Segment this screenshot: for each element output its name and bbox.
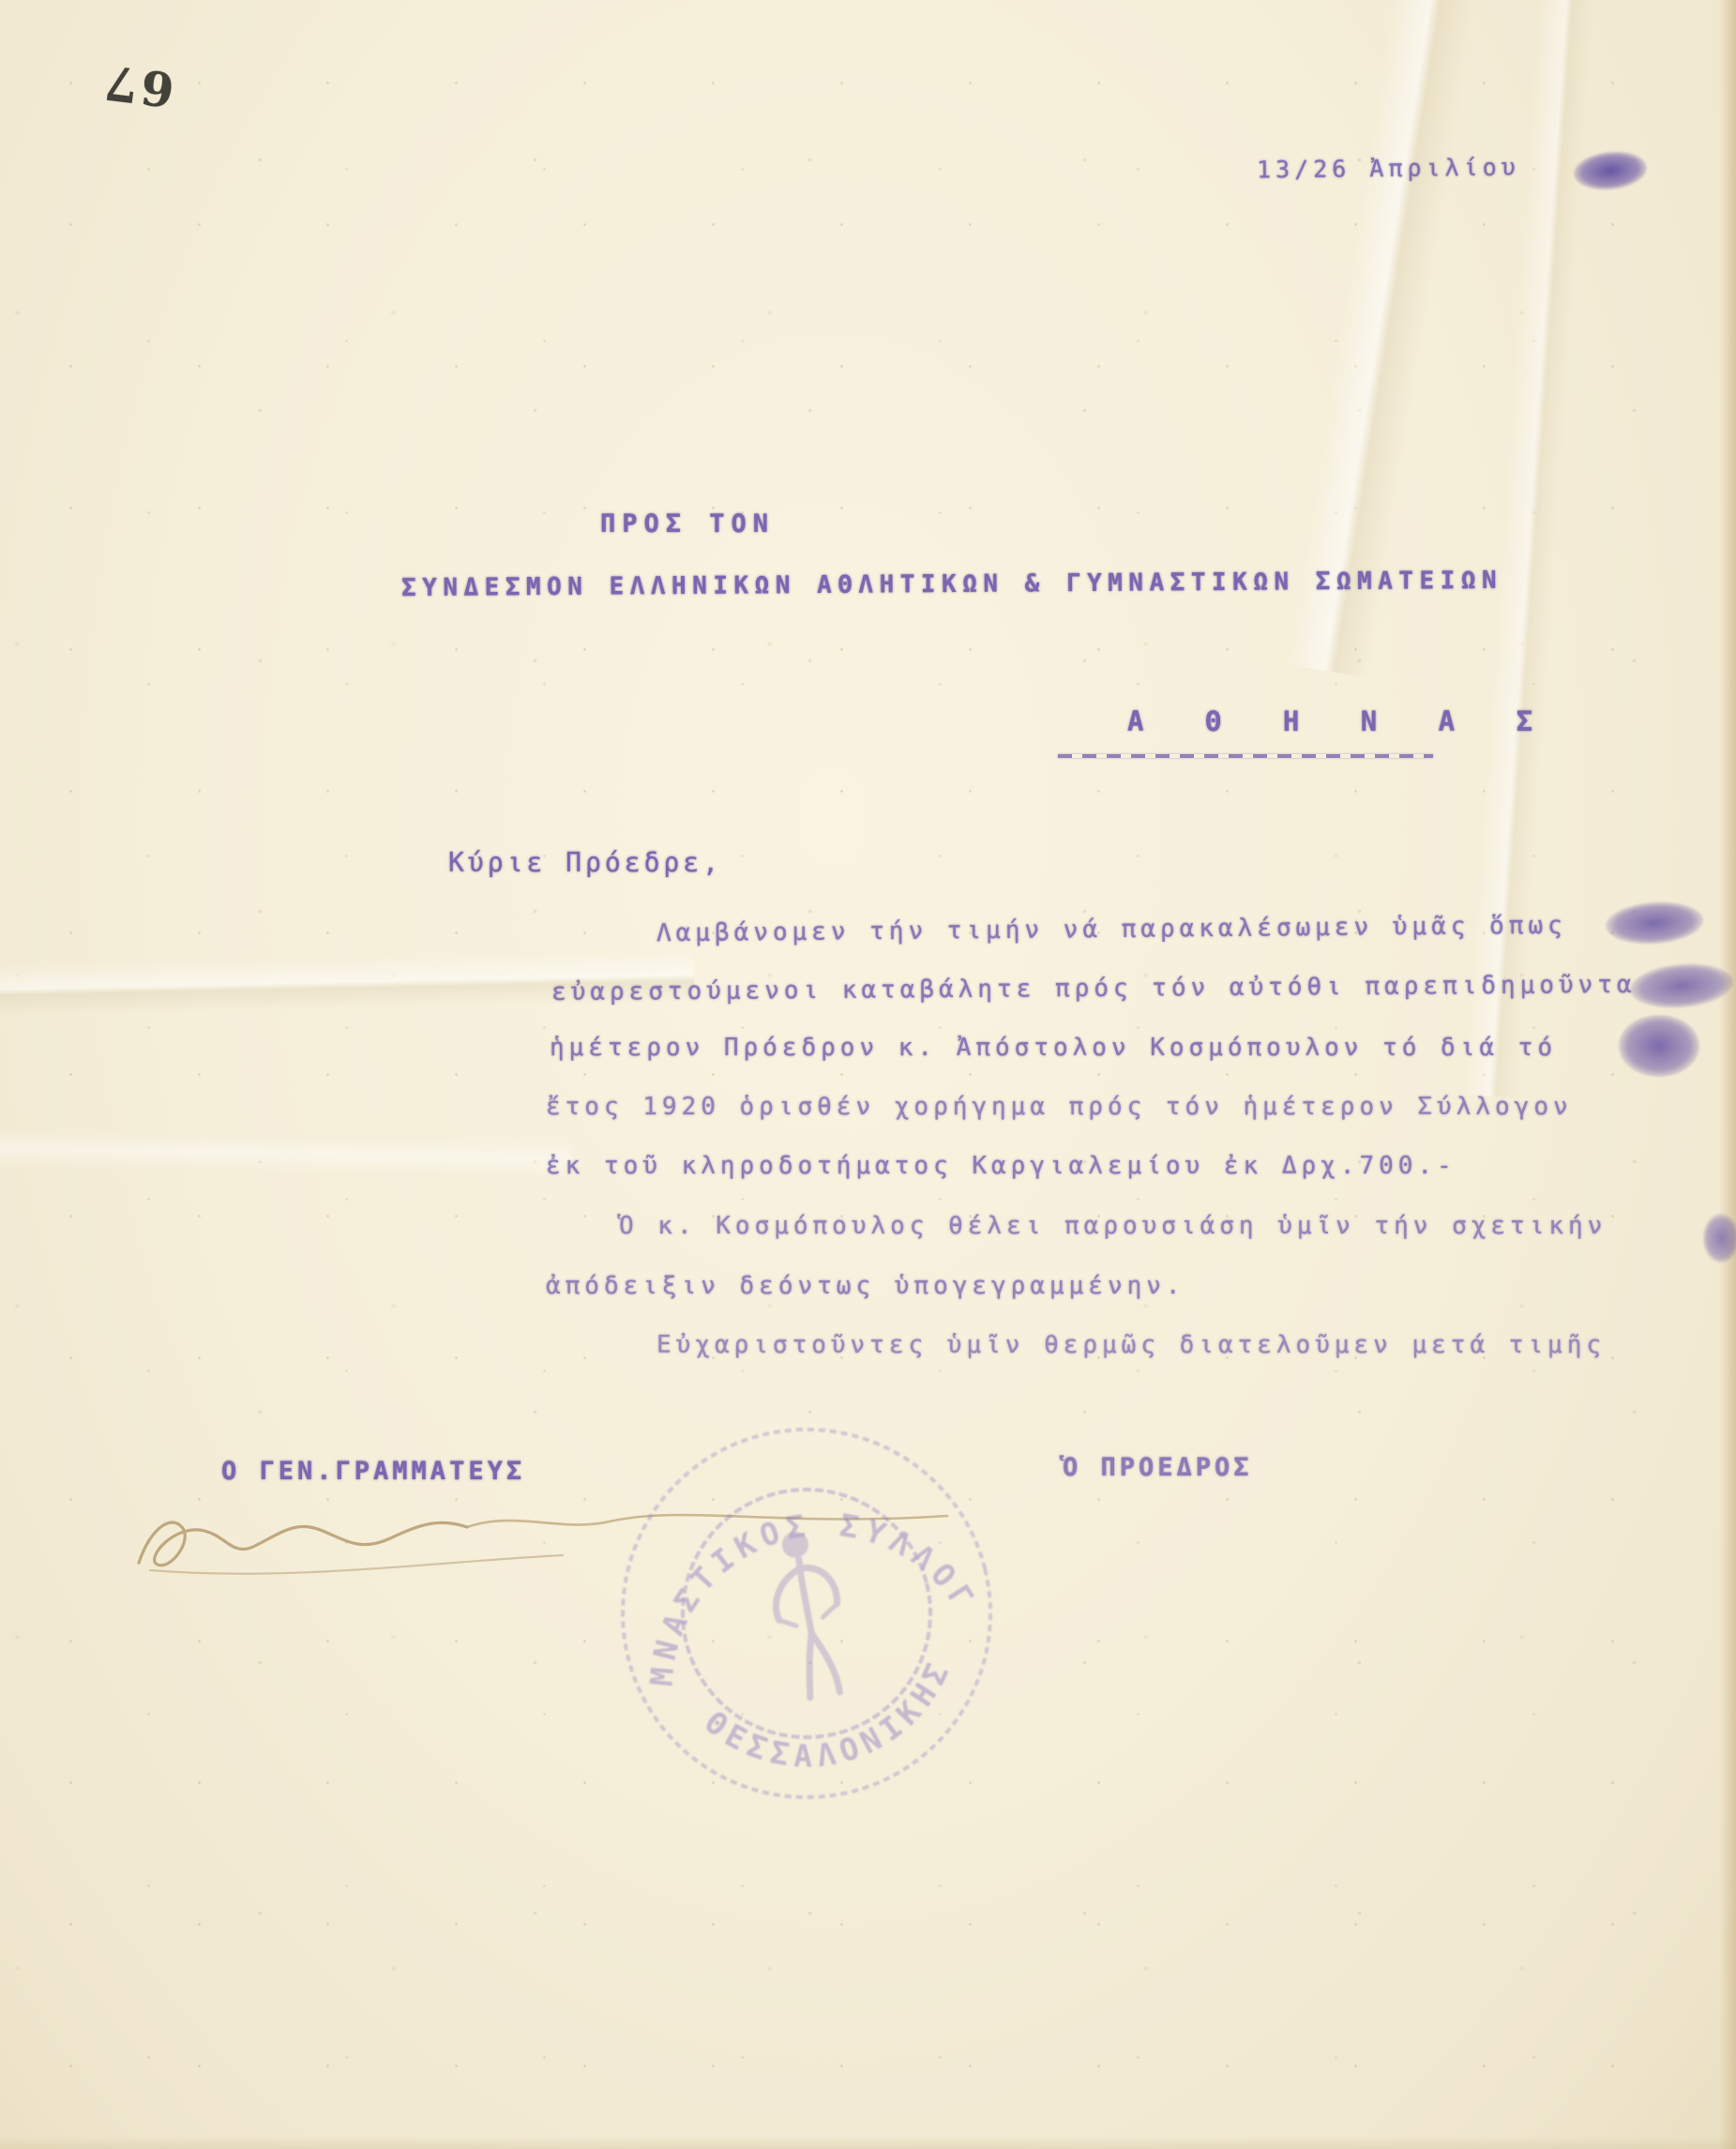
date-line: 13/26 Ἀπριλίου <box>1257 154 1520 184</box>
body-line: ἐκ τοῦ κληροδοτήματος Καργιαλεμίου ἐκ Δρ… <box>546 1152 1457 1180</box>
ink-blot <box>1572 148 1649 193</box>
body-line: εὐαρεστούμενοι καταβάλητε πρός τόν αὐτόθ… <box>551 971 1637 1006</box>
stamp-middle-ring <box>657 1463 957 1763</box>
stamp-athlete-figure <box>759 1525 860 1703</box>
paper-crease <box>0 1130 572 1178</box>
letter-document-page: 67 13/26 Ἀπριλίου ΠΡΟΣ ΤΟΝ ΣΥΝΔΕΣΜΟΝ ΕΛΛ… <box>0 0 1736 2149</box>
scan-edge-shadow <box>1719 0 1736 2149</box>
body-line: Λαμβάνομεν τήν τιμήν νά παρακαλέσωμεν ὑμ… <box>657 912 1567 947</box>
club-stamp: ΓΥΜΝΑΣΤΙΚΟΣ ΣΥΛΛΟΓΟΣ ΘΕΣΣΑΛΟΝΙΚΗΣ <box>556 1363 1056 1863</box>
ink-blot <box>1619 1015 1699 1077</box>
body-line: Ὁ κ. Κοσμόπουλος θέλει παρουσιάση ὑμῖν τ… <box>619 1212 1607 1240</box>
recipient-line-1: ΠΡΟΣ ΤΟΝ <box>600 509 775 538</box>
stamp-outer-ring <box>583 1390 1029 1836</box>
body-line: Εὐχαριστοῦντες ὑμῖν θερμῶς διατελοῦμεν μ… <box>657 1331 1606 1359</box>
secretary-title: Ο ΓΕΝ.ΓΡΑΜΜΑΤΕΥΣ <box>221 1457 525 1486</box>
salutation: Κύριε Πρόεδρε, <box>448 847 722 878</box>
ink-blot <box>1703 1214 1736 1263</box>
recipient-line-2: ΣΥΝΔΕΣΜΟΝ ΕΛΛΗΝΙΚΩΝ ΑΘΛΗΤΙΚΩΝ & ΓΥΜΝΑΣΤΙ… <box>401 567 1502 602</box>
city-dashed-underline <box>1058 754 1433 758</box>
body-line: ἀπόδειξιν δεόντως ὑπογεγραμμένην. <box>546 1272 1185 1300</box>
recipient-city: Α Θ Η Ν Α Σ <box>1127 705 1555 737</box>
scan-edge-shadow <box>0 2136 1736 2149</box>
secretary-signature <box>122 1473 966 1604</box>
body-line: ἡμέτερον Πρόεδρον κ. Ἀπόστολον Κοσμόπουλ… <box>550 1034 1557 1062</box>
body-line: ἔτος 1920 ὁρισθέν χορήγημα πρός τόν ἡμέτ… <box>546 1093 1573 1121</box>
paper-aging-speckles <box>0 0 1736 2149</box>
ink-blot <box>1605 899 1705 946</box>
stamp-top-arc-text: ΓΥΜΝΑΣΤΙΚΟΣ ΣΥΛΛΟΓΟΣ <box>611 1469 988 1697</box>
president-title: Ὁ ΠΡΟΕΔΡΟΣ <box>1063 1453 1253 1482</box>
ink-blot <box>1628 960 1735 1011</box>
stamp-bottom-arc-text: ΘΕΣΣΑΛΟΝΙΚΗΣ <box>692 1645 975 1802</box>
archival-page-number: 67 <box>98 53 177 117</box>
